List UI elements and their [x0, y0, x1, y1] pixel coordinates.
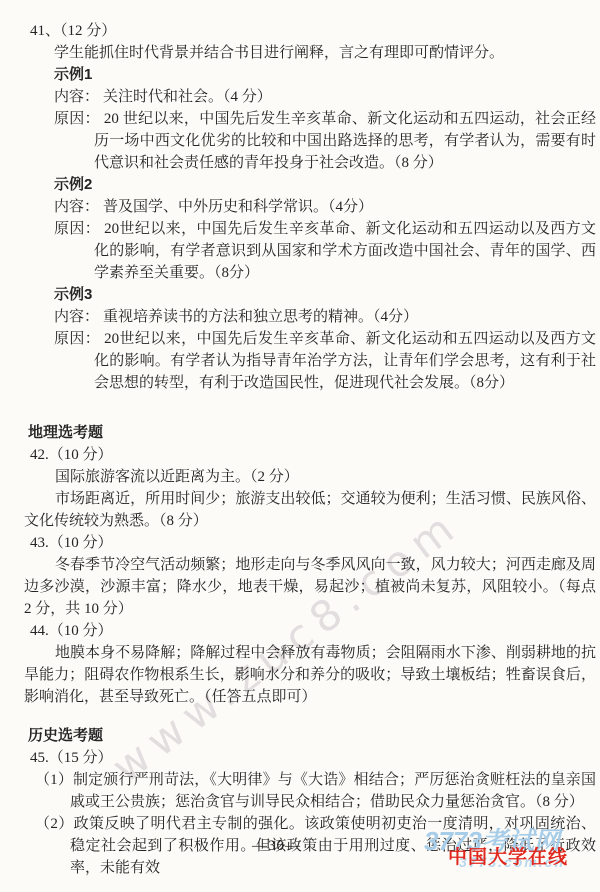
example-1-title: 示例1 [54, 64, 596, 86]
example-2-content: 内容：普及国学、中外历史和科学常识。（4分） [94, 196, 596, 218]
reason-label: 原因： [54, 221, 100, 237]
question-41-intro: 学生能抓住时代背景并结合书目进行阐释，言之有理即可酌情评分。 [54, 42, 596, 64]
question-44-answer: 地膜本身不易降解；降解过程中会释放有毒物质；会阻隔雨水下渗、削弱耕地的抗旱能力；… [24, 642, 596, 708]
question-42-number: 42.（10 分） [30, 444, 596, 466]
page-content: 41、（12 分） 学生能抓住时代背景并结合书目进行阐释，言之有理即可酌情评分。… [24, 20, 596, 879]
item-label: （1） [35, 772, 73, 788]
example-1-content: 内容：关注时代和社会。（4 分） [94, 86, 596, 108]
example-1-reason: 原因：20 世纪以来，中国先后发生辛亥革命、新文化运动和五四运动，社会正经历一场… [94, 108, 596, 174]
example-3-content: 内容：重视培养读书的方法和独立思考的精神。（4分） [94, 306, 596, 328]
content-text: 重视培养读书的方法和独立思考的精神。（4分） [103, 309, 418, 325]
question-42-answer-1: 国际旅游客流以近距离为主。（2 分） [24, 466, 596, 488]
history-heading: 历史选考题 [28, 725, 596, 747]
question-43-answer: 冬春季节冷空气活动频繁；地形走向与冬季风风向一致，风力较大；河西走廊及周边多沙漠… [24, 554, 596, 620]
question-45-number: 45.（15 分） [30, 747, 596, 769]
question-41: 41、（12 分） 学生能抓住时代背景并结合书目进行阐释，言之有理即可酌情评分。… [24, 20, 596, 394]
reason-text: 20世纪以来，中国先后发生辛亥革命、新文化运动和五四运动以及西方文化的影响。有学… [94, 331, 596, 391]
page-number: —30— [252, 835, 301, 857]
content-text: 关注时代和社会。（4 分） [103, 89, 272, 105]
example-2-reason: 原因：20世纪以来，中国先后发生辛亥革命、新文化运动和五四运动以及西方文化的影响… [94, 218, 596, 284]
example-3-title: 示例3 [54, 284, 596, 306]
item-text: 制定颁行严刑苛法，《大明律》与《大诰》相结合；严厉惩治贪赃枉法的皇亲国戚或王公贵… [70, 772, 596, 810]
content-text: 普及国学、中外历史和科学常识。（4分） [103, 199, 373, 215]
example-3-reason: 原因：20世纪以来，中国先后发生辛亥革命、新文化运动和五四运动以及西方文化的影响… [94, 328, 596, 394]
example-2-title: 示例2 [54, 174, 596, 196]
question-42-answer-2: 市场距离近，所用时间少；旅游支出较低；交通较为便利；生活习惯、民族风俗、文化传统… [24, 488, 596, 532]
reason-label: 原因： [54, 111, 100, 127]
item-label: （2） [35, 816, 74, 832]
reason-text: 20世纪以来，中国先后发生辛亥革命、新文化运动和五四运动以及西方文化的影响，有学… [94, 221, 596, 281]
content-label: 内容： [54, 199, 99, 215]
content-label: 内容： [54, 89, 99, 105]
question-44-number: 44.（10 分） [30, 620, 596, 642]
question-41-number: 41、（12 分） [30, 20, 596, 42]
scanned-answer-page: www.zuc8.com 41、（12 分） 学生能抓住时代背景并结合书目进行阐… [0, 0, 600, 892]
site-watermark: 3773考试网 3773.com.cn 中国大学在线 [424, 828, 600, 888]
reason-label: 原因： [54, 331, 100, 347]
site-watermark-overlay: 中国大学在线 [448, 847, 568, 869]
content-label: 内容： [54, 309, 99, 325]
question-43-number: 43.（10 分） [30, 532, 596, 554]
geography-heading: 地理选考题 [28, 422, 596, 444]
geography-section: 地理选考题 42.（10 分） 国际旅游客流以近距离为主。（2 分） 市场距离近… [24, 422, 596, 708]
reason-text: 20 世纪以来，中国先后发生辛亥革命、新文化运动和五四运动，社会正经历一场中西文… [94, 111, 596, 171]
question-45-item-1: （1）制定颁行严刑苛法，《大明律》与《大诰》相结合；严厉惩治贪赃枉法的皇亲国戚或… [70, 769, 596, 813]
